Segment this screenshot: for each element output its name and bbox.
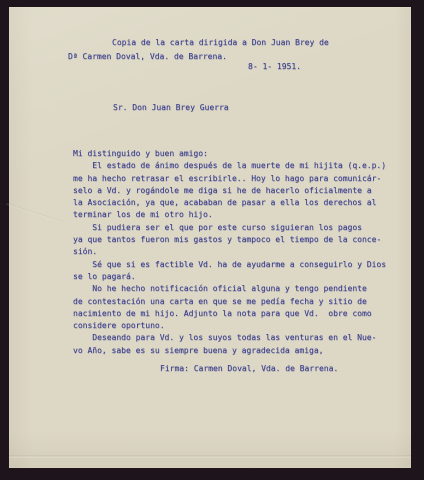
letter-body-line: vo Año, sabe es su siempre buena y agrad… — [73, 345, 408, 357]
letter-body-line: considere oportuno. — [73, 320, 408, 332]
recipient-line: Sr. Don Juan Brey Guerra — [113, 103, 229, 112]
letter-body-line: la Asociación, ya que, acababan de pasar… — [73, 197, 408, 209]
paper-fold-crease — [9, 455, 411, 458]
scan-frame: Copia de la carta dirigida a Don Juan Br… — [0, 0, 424, 480]
letter-body-line: No he hecho notificación oficial alguna … — [73, 283, 408, 295]
letter-page: Copia de la carta dirigida a Don Juan Br… — [9, 7, 411, 468]
letter-body-line: de contestación una carta en que se me p… — [73, 296, 408, 308]
letter-date: 8- 1- 1951. — [248, 62, 301, 71]
letter-body-line: selo a Vd. y rogándole me diga si he de … — [73, 185, 408, 197]
letter-body-line: El estado de ánimo después de la muerte … — [73, 160, 408, 172]
letter-body-line: Mi distinguido y buen amigo: — [73, 148, 408, 160]
letter-body-line: Sé que si es factible Vd. ha de ayudarme… — [73, 259, 408, 271]
letter-body-line: nacimiento de mi hijo. Adjunto la nota p… — [73, 308, 408, 320]
letter-body-line: sión. — [73, 246, 408, 258]
paper-corner-crease — [6, 203, 64, 223]
letter-body-line: Si pudiera ser el que por este curso sig… — [73, 222, 408, 234]
letter-body-line: se lo pagará. — [73, 271, 408, 283]
letter-body-line: terminar los de mi otro hijo. — [73, 209, 408, 221]
letter-body: Mi distinguido y buen amigo: El estado d… — [73, 148, 408, 357]
letter-body-line: Deseando para Vd. y los suyos todas las … — [73, 332, 408, 344]
letter-body-line: ya que tantos fueron mis gastos y tampoc… — [73, 234, 408, 246]
header-sender-name: Dª Carmen Doval, Vda. de Barrena. — [68, 52, 227, 61]
header-copy-note: Copia de la carta dirigida a Don Juan Br… — [112, 38, 329, 47]
signature-line: Firma: Carmen Doval, Vda. de Barrena. — [160, 364, 338, 373]
letter-body-line: me ha hecho retrasar el escribirle.. Hoy… — [73, 173, 408, 185]
